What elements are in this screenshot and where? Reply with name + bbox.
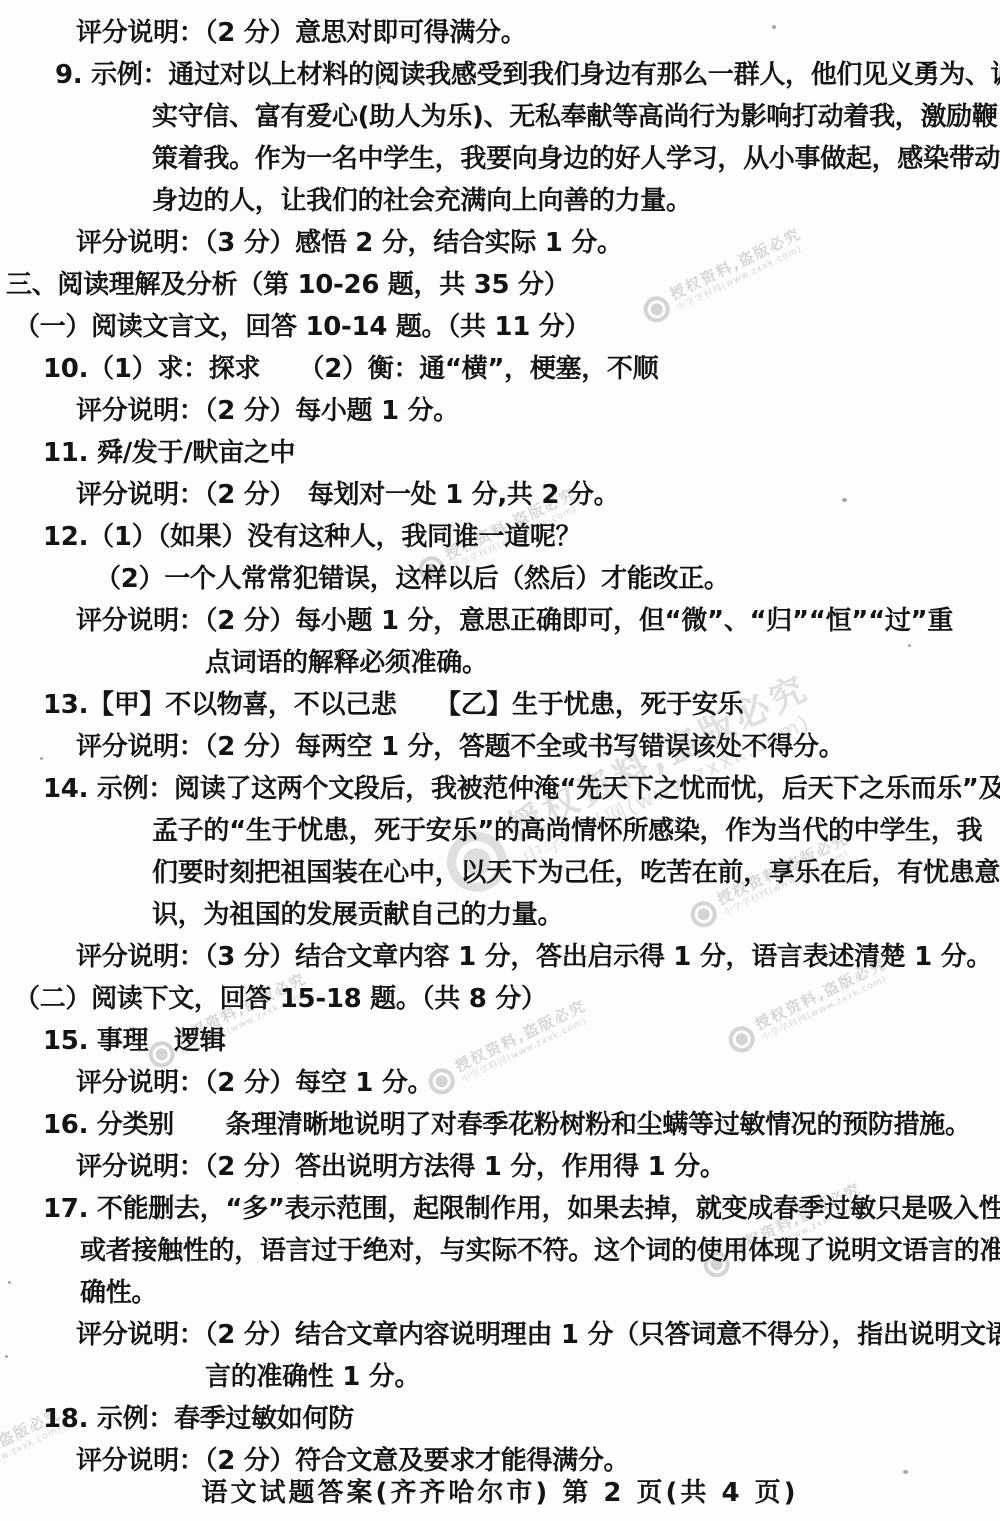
text-line: 15. 事理 逻辑 — [0, 1020, 1000, 1062]
scan-speck — [903, 1470, 908, 1474]
text-line: 确性。 — [0, 1272, 1000, 1314]
text-line: 16. 分类别 条理清晰地说明了对春季花粉树粉和尘螨等过敏情况的预防措施。 — [0, 1104, 1000, 1146]
text-line: 策着我。作为一名中学生，我要向身边的好人学习，从小事做起，感染带动 — [0, 138, 1000, 180]
text-line: 11. 舜/发于/畎亩之中 — [0, 432, 1000, 474]
text-line: 或者接触性的，语言过于绝对，与实际不符。这个词的使用体现了说明文语言的准 — [0, 1230, 1000, 1272]
text-line: 身边的人，让我们的社会充满向上向善的力量。 — [0, 180, 1000, 222]
text-line: 评分说明：（2 分）结合文章内容说明理由 1 分（只答词意不得分），指出说明文语 — [0, 1314, 1000, 1356]
text-line: 评分说明：（2 分）意思对即可得满分。 — [0, 12, 1000, 54]
text-line: 三、阅读理解及分析（第 10-26 题，共 35 分） — [0, 264, 1000, 306]
text-line: 评分说明：（2 分）答出说明方法得 1 分，作用得 1 分。 — [0, 1146, 1000, 1188]
text-line: 评分说明：（2 分）每空 1 分。 — [0, 1062, 1000, 1104]
text-line: 9. 示例：通过对以上材料的阅读我感受到我们身边有那么一群人，他们见义勇为、诚 — [0, 54, 1000, 96]
text-line: 13.【甲】不以物喜，不以己悲 【乙】生于忧患，死于安乐 — [0, 684, 1000, 726]
scan-speck — [908, 644, 911, 647]
text-line: 评分说明：（3 分）感悟 2 分，结合实际 1 分。 — [0, 222, 1000, 264]
text-line: （2）一个人常常犯错误，这样以后（然后）才能改正。 — [0, 558, 1000, 600]
text-line: 评分说明：（2 分）每小题 1 分。 — [0, 390, 1000, 432]
scan-speck — [378, 86, 381, 89]
text-line: 孟子的“生于忧患，死于安乐”的高尚情怀所感染，作为当代的中学生，我 — [0, 810, 1000, 852]
text-line: 点词语的解释必须准确。 — [0, 642, 1000, 684]
text-line: 识，为祖国的发展贡献自己的力量。 — [0, 894, 1000, 936]
text-line: 14. 示例：阅读了这两个文段后，我被范仲淹“先天下之忧而忧，后天下之乐而乐”及 — [0, 768, 1000, 810]
scan-speck — [842, 498, 847, 502]
text-line: 18. 示例：春季过敏如何防 — [0, 1398, 1000, 1440]
text-line: 12.（1）（如果）没有这种人，我同谁一道呢？ — [0, 516, 1000, 558]
scan-speck — [772, 25, 776, 29]
text-line: 10.（1）求：探求 （2）衡：通“横”，梗塞，不顺 — [0, 348, 1000, 390]
page-footer: 语文试题答案(齐齐哈尔市) 第 2 页(共 4 页) — [0, 1472, 1000, 1509]
document-lines: 评分说明：（2 分）意思对即可得满分。9. 示例：通过对以上材料的阅读我感受到我… — [0, 0, 1000, 1482]
text-line: 17. 不能删去，“多”表示范围，起限制作用，如果去掉，就变成春季过敏只是吸入性 — [0, 1188, 1000, 1230]
text-line: 评分说明：（2 分）每两空 1 分，答题不全或书写错误该处不得分。 — [0, 726, 1000, 768]
text-line: 们要时刻把祖国装在心中，以天下为己任，吃苦在前，享乐在后，有忧患意 — [0, 852, 1000, 894]
text-line: 评分说明：（2 分） 每划对一处 1 分,共 2 分。 — [0, 474, 1000, 516]
text-line: 评分说明：（2 分）每小题 1 分，意思正确即可，但“微”、“归”“恒”“过”重 — [0, 600, 1000, 642]
text-line: 评分说明：（3 分）结合文章内容 1 分，答出启示得 1 分，语言表述清楚 1 … — [0, 936, 1000, 978]
text-line: 实守信、富有爱心(助人为乐)、无私奉献等高尚行为影响打动着我，激励鞭 — [0, 96, 1000, 138]
scan-speck — [8, 1281, 11, 1284]
text-line: （一）阅读文言文，回答 10-14 题。（共 11 分） — [0, 306, 1000, 348]
scan-speck — [5, 1355, 8, 1358]
scan-speck — [40, 757, 43, 760]
text-line: （二）阅读下文，回答 15-18 题。（共 8 分） — [0, 978, 1000, 1020]
text-line: 言的准确性 1 分。 — [0, 1356, 1000, 1398]
scanned-answer-sheet-page: 授权资料,盗版必究中学学科网(www.zxxk.com) 授权资料,盗版必究中学… — [0, 0, 1000, 1521]
